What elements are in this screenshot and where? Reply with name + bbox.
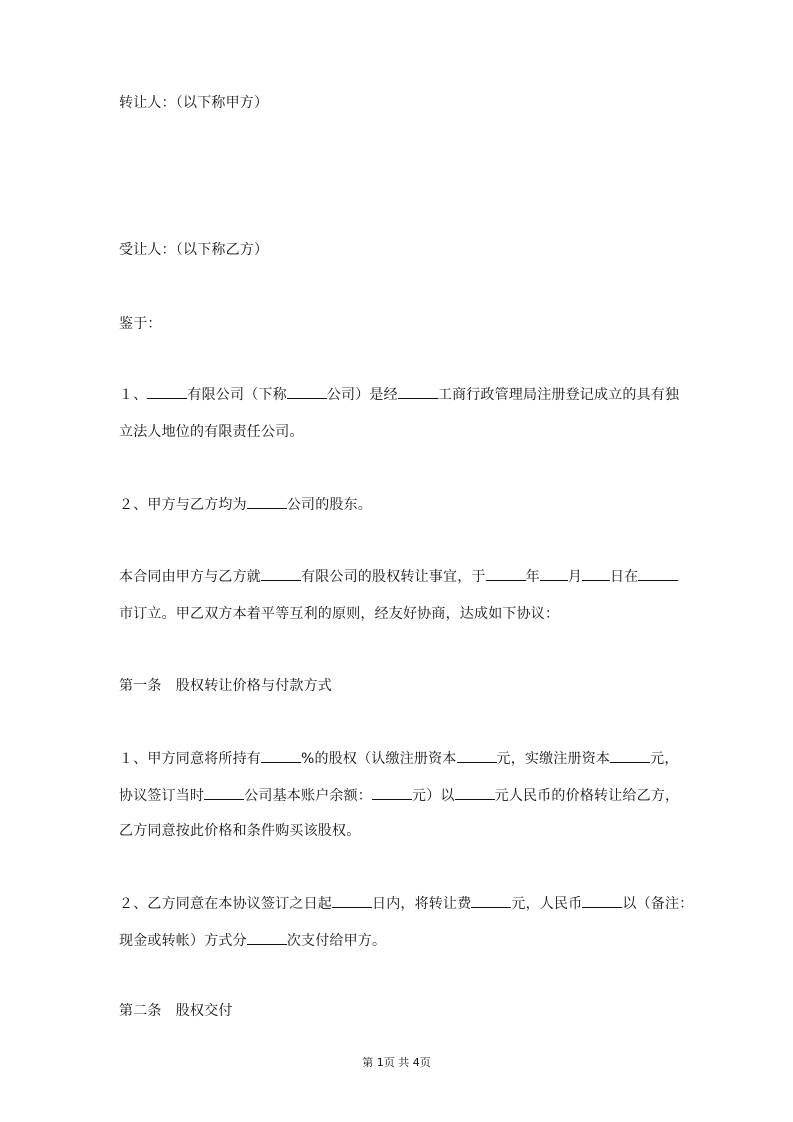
text: 有限公司的股权转让事宜，于 [301,569,486,585]
blank-field [147,385,187,399]
transferor-line: 转让人：（以下称甲方） [119,94,268,112]
text: 本合同由甲方与乙方就 [119,569,261,585]
article-1-clause-1-line-1: １、甲方同意将所持有%的股权（认缴注册资本元，实缴注册资本元， [119,749,679,768]
text: 元，人民币 [511,896,582,912]
text: 月 [568,569,582,585]
blank-field [486,567,526,581]
text: 元人民币的价格转让给乙方， [495,788,680,804]
text: 元， [650,751,678,767]
blank-field [372,786,412,800]
recital-2-line: ２、甲方与乙方均为公司的股东。 [119,495,372,514]
article-1-title: 第一条 股权转让价格与付款方式 [119,677,332,695]
blank-field [582,894,622,908]
blank-field [204,786,244,800]
article-2-title: 第二条 股权交付 [119,1002,233,1020]
article-1-clause-2-line-2: 现金或转帐）方式分次支付给甲方。 [119,931,386,950]
text: ２、甲方与乙方均为 [119,497,247,513]
text: 元）以 [412,788,455,804]
text: 公司基本账户余额： [244,788,372,804]
text: １、 [119,387,147,403]
blank-field [582,567,610,581]
text: 协议签订当时 [119,788,204,804]
article-1-clause-1-line-3: 乙方同意按此价格和条件购买该股权。 [119,822,360,840]
text: 工商行政管理局注册登记成立的具有独 [438,387,679,403]
text: %的股权（认缴注册资本 [301,751,457,767]
whereas-heading: 鉴于： [119,315,162,333]
blank-field [610,749,650,763]
text: 日在 [610,569,638,585]
recital-1-line-2: 立法人地位的有限责任公司。 [119,423,304,441]
page-number-footer: 第 1页 共 4页 [0,1054,793,1070]
text: 现金或转帐）方式分 [119,933,247,949]
text: 次支付给甲方。 [287,933,386,949]
blank-field [471,894,511,908]
text: 元，实缴注册资本 [497,751,611,767]
text: 公司的股东。 [287,497,372,513]
preamble-line-1: 本合同由甲方与乙方就有限公司的股权转让事宜，于年月日在 [119,567,678,586]
blank-field [455,786,495,800]
transferee-line: 受让人：（以下称乙方） [119,241,268,259]
text: 有限公司（下称 [187,387,286,403]
blank-field [398,385,438,399]
blank-field [540,567,568,581]
blank-field [261,749,301,763]
blank-field [247,495,287,509]
article-1-clause-1-line-2: 协议签订当时公司基本账户余额：元）以元人民币的价格转让给乙方， [119,786,679,805]
article-1-clause-2-line-1: ２、乙方同意在本协议签订之日起日内，将转让费元，人民币以（备注： [119,894,693,913]
text: 公司）是经 [327,387,398,403]
text: 年 [526,569,540,585]
text: 日内，将转让费 [372,896,471,912]
blank-field [261,567,301,581]
blank-field [638,567,678,581]
blank-field [457,749,497,763]
blank-field [332,894,372,908]
recital-1-line-1: １、有限公司（下称公司）是经工商行政管理局注册登记成立的具有独 [119,385,679,404]
document-page: 转让人：（以下称甲方） 受让人：（以下称乙方） 鉴于： １、有限公司（下称公司）… [0,0,793,1122]
blank-field [287,385,327,399]
blank-field [247,931,287,945]
text: 以（备注： [622,896,693,912]
text: ２、乙方同意在本协议签订之日起 [119,896,332,912]
preamble-line-2: 市订立。甲乙双方本着平等互利的原则，经友好协商，达成如下协议： [119,605,559,623]
text: １、甲方同意将所持有 [119,751,261,767]
